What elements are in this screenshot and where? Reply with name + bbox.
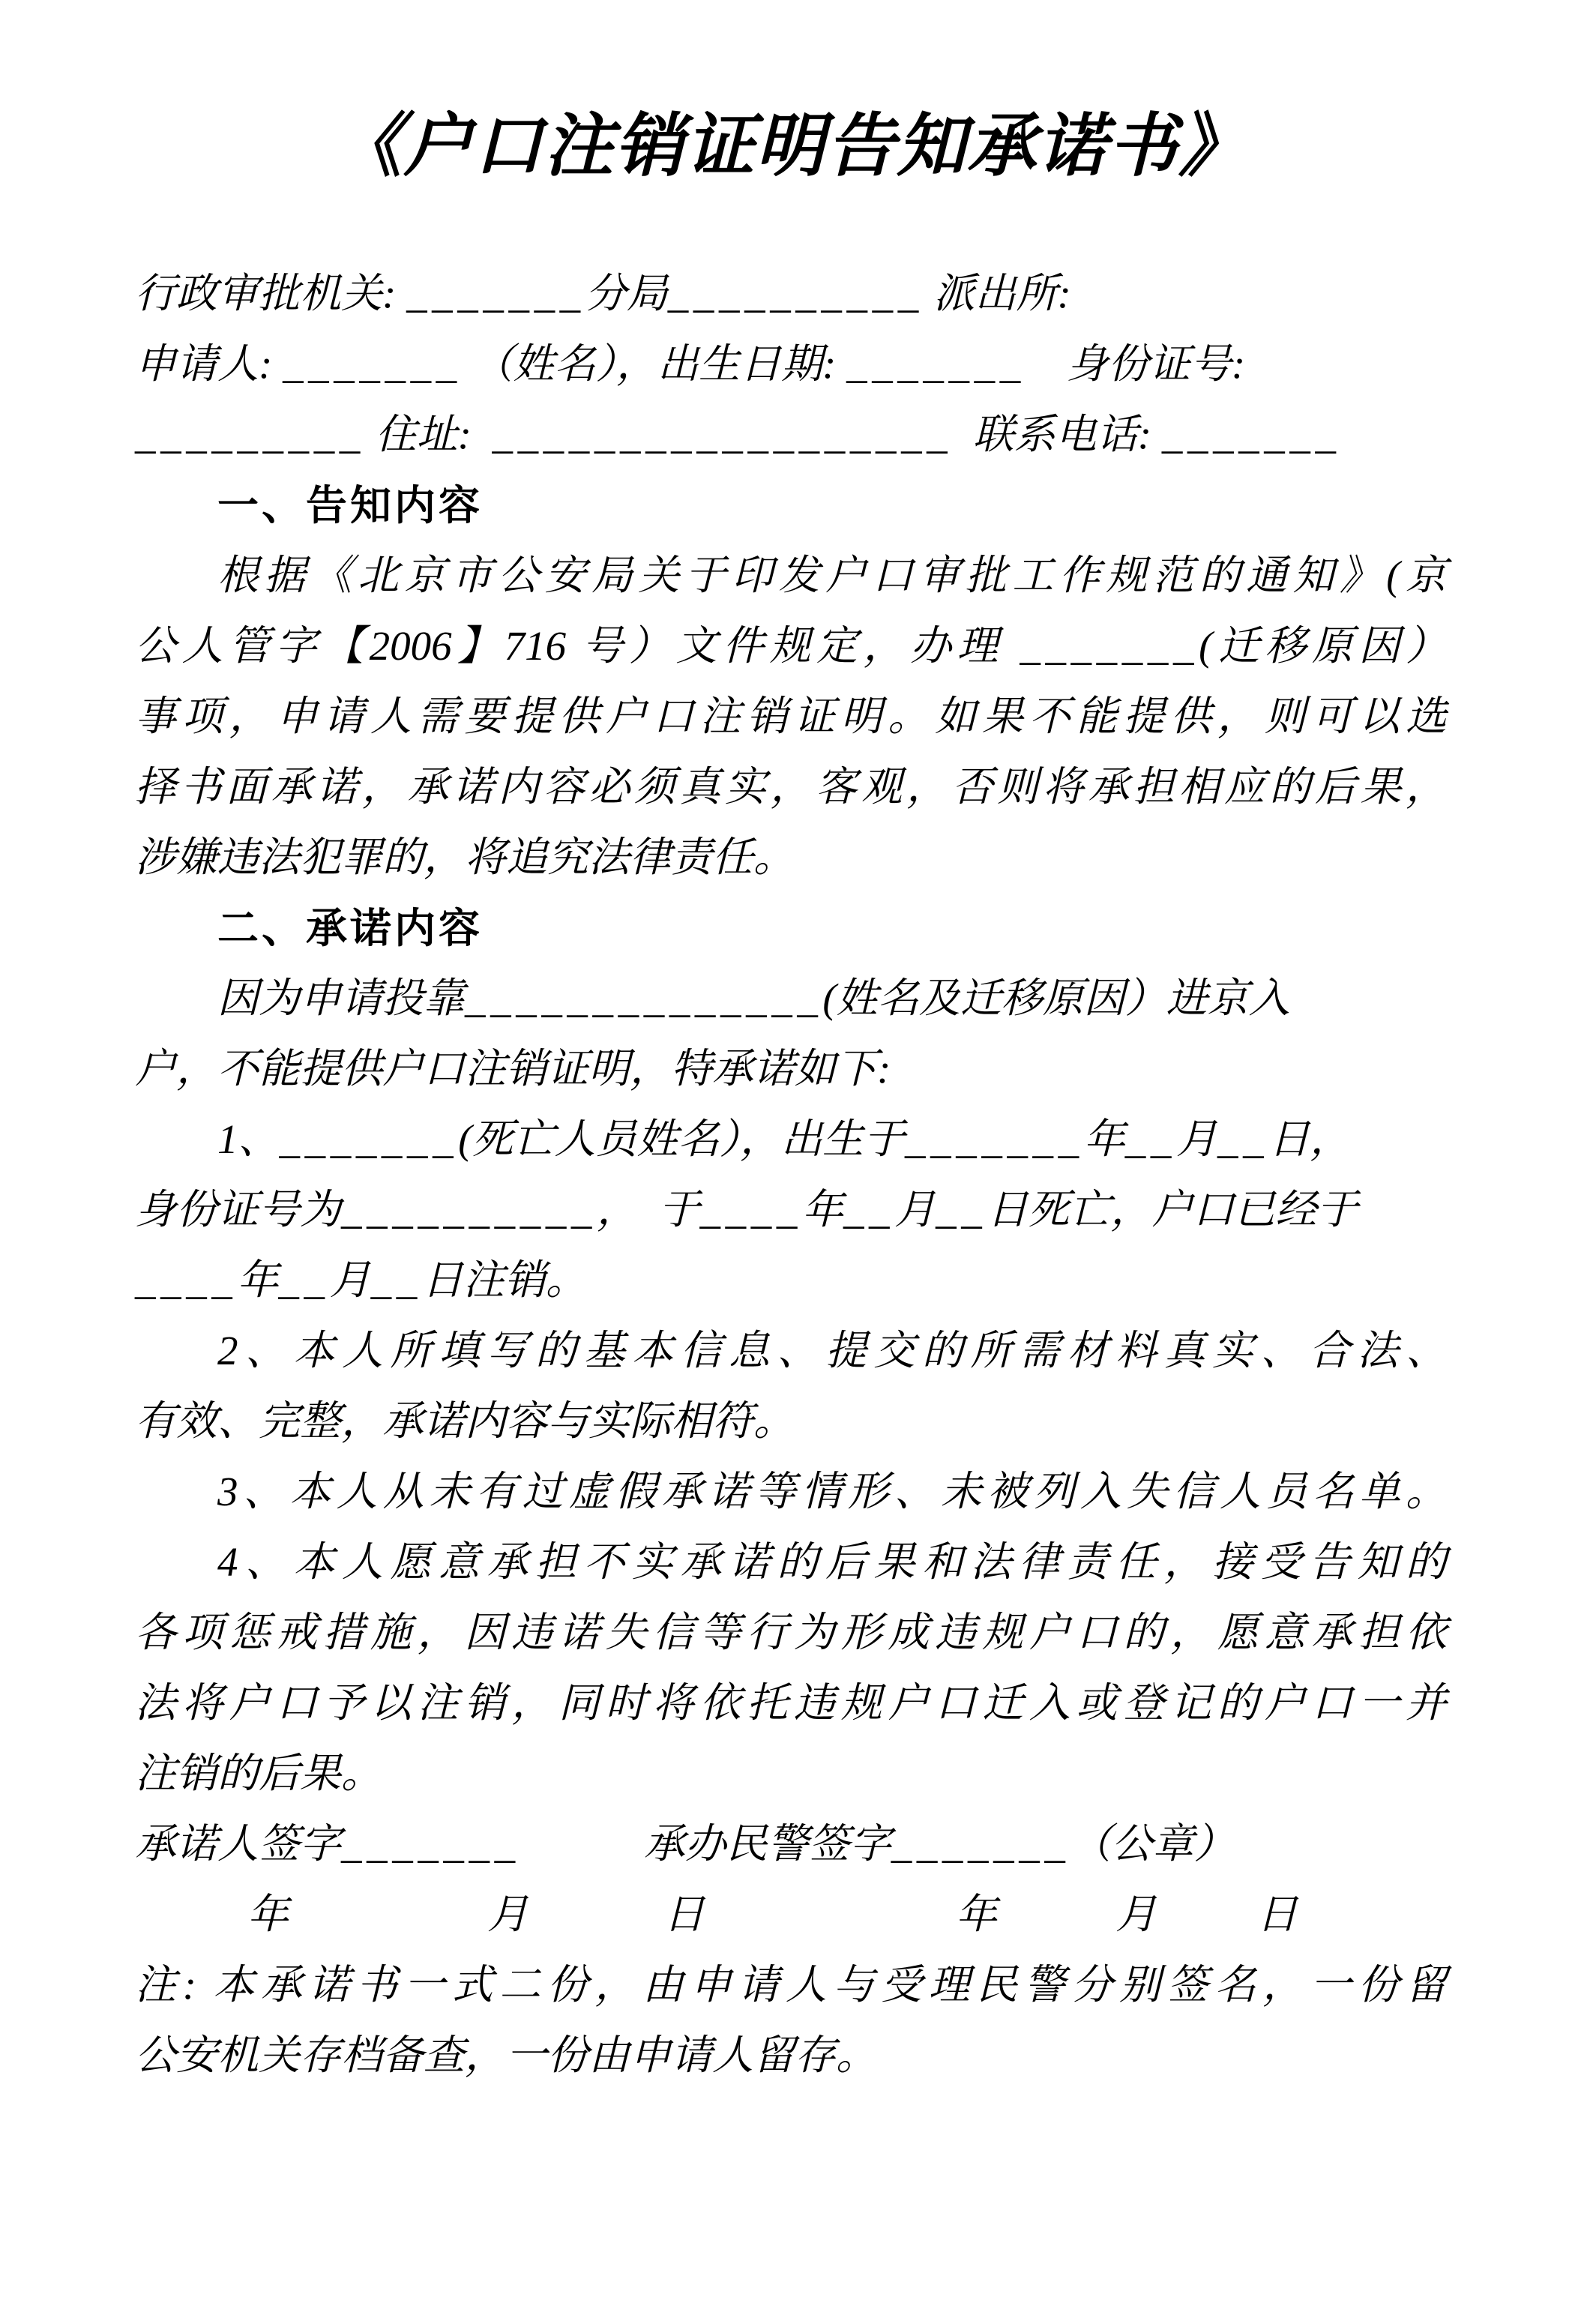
item-1-line-2: 身份证号为__________， 于____年__月__日死亡，户口已经于 (135, 1175, 1447, 1245)
document-title: 《户口注销证明告知承诺书》 (135, 97, 1447, 195)
blank-field: ____ (135, 1257, 237, 1303)
text-run: 注销的后果。 (135, 1750, 382, 1796)
blank-field: __ (1125, 1116, 1176, 1162)
text-run: 月 (894, 1187, 936, 1232)
para-notice-line-1: 根据《北京市公安局关于印发户口审批工作规范的通知》(京 (135, 541, 1447, 611)
text-run: 年 (802, 1187, 843, 1232)
text-run: 因为申请投靠 (217, 975, 465, 1021)
blank-field: ____ (700, 1187, 802, 1232)
blank-field: _______ (891, 1821, 1070, 1867)
text-run: 公人管字【2006】716 号）文件规定，办理 (135, 623, 1020, 669)
blank-field: _______ (1020, 623, 1199, 669)
text-run: 联系电话: (952, 412, 1162, 457)
blank-field: _________ (135, 412, 365, 457)
para-commitment-intro-line-1: 因为申请投靠______________(姓名及迁移原因）进京入 (135, 963, 1447, 1034)
blank-field: __ (843, 1187, 894, 1232)
heading-notice-content: 一、告知内容 (135, 470, 1447, 541)
text-run: 身份证号: (1026, 341, 1245, 387)
para-commitment-intro-line-2: 户，不能提供户口注销证明，特承诺如下: (135, 1034, 1447, 1104)
item-1-line-3: ____年__月__日注销。 (135, 1245, 1447, 1316)
text-run: （姓名），出生日期: (462, 341, 846, 387)
item-2-line-2: 有效、完整，承诺内容与实际相符。 (135, 1386, 1447, 1457)
text-run: (迁移原因） (1199, 623, 1447, 669)
blank-field: __ (278, 1257, 329, 1303)
text-run: 月 (1176, 1116, 1217, 1162)
text-run: 月 (330, 1257, 371, 1303)
text-run: ， 于 (597, 1187, 700, 1232)
text-run: 身份证号为 (135, 1187, 341, 1232)
blank-field: _______ (905, 1116, 1084, 1162)
text-run: 年 (956, 1891, 997, 1937)
text-run: 年 (237, 1257, 278, 1303)
gap-spacer (289, 1927, 487, 1928)
text-run: 二、承诺内容 (217, 905, 483, 951)
text-run: 涉嫌违法犯罪的，将追究法律责任。 (135, 834, 795, 880)
text-run: 日 (1256, 1891, 1298, 1937)
blank-field: __ (1217, 1116, 1268, 1162)
text-run: 申请人: (135, 341, 283, 387)
blank-field: __________ (668, 271, 924, 316)
text-run: 日死亡，户口已经于 (987, 1187, 1358, 1232)
blank-field: __________________ (492, 412, 952, 457)
item-1-line-1: 1、_______(死亡人员姓名），出生于_______年__月__日， (135, 1104, 1447, 1175)
item-4-line-2: 各项惩戒措施，因违诺失信等行为形成违规户口的，愿意承担依 (135, 1598, 1447, 1668)
blank-field: _______ (406, 271, 585, 316)
note-line-2: 公安机关存档备查，一份由申请人留存。 (135, 2020, 1447, 2091)
text-run: 年 (1084, 1116, 1125, 1162)
item-4-line-1: 4、本人愿意承担不实承诺的后果和法律责任，接受告知的 (135, 1527, 1447, 1598)
text-run: 行政审批机关: (135, 271, 406, 316)
text-run: 法将户口予以注销，同时将依托违规户口迁入或登记的户口一并 (135, 1680, 1447, 1726)
text-run: 月 (487, 1891, 528, 1937)
text-run: 择书面承诺，承诺内容必须真实，客观，否则将承担相应的后果， (135, 764, 1447, 810)
gap-spacer (528, 1927, 663, 1928)
item-2-line-1: 2、本人所填写的基本信息、提交的所需材料真实、合法、 (135, 1316, 1447, 1386)
gap-spacer (520, 1857, 644, 1858)
document-page: 《户口注销证明告知承诺书》 行政审批机关: _______分局_________… (0, 0, 1581, 2324)
line-dates: 年月日年月日 (135, 1879, 1447, 1950)
line-address-contact: _________ 住址: __________________ 联系电话: _… (135, 400, 1447, 470)
text-run: 有效、完整，承诺内容与实际相符。 (135, 1398, 795, 1444)
line-approval-authority: 行政审批机关: _______分局__________ 派出所: (135, 259, 1447, 329)
text-run: 1、 (217, 1116, 280, 1162)
text-run: 日 (663, 1891, 705, 1937)
text-run: 户，不能提供户口注销证明，特承诺如下: (135, 1046, 891, 1092)
gap-spacer (705, 1927, 956, 1928)
text-run: 日注销。 (422, 1257, 587, 1303)
text-run: 一、告知内容 (217, 482, 483, 529)
text-run: 事项，申请人需要提供户口注销证明。如果不能提供，则可以选 (135, 693, 1447, 739)
text-run: 2、本人所填写的基本信息、提交的所需材料真实、合法、 (217, 1328, 1447, 1373)
para-notice-line-2: 公人管字【2006】716 号）文件规定，办理 _______(迁移原因） (135, 611, 1447, 681)
blank-field: _______ (280, 1116, 459, 1162)
item-3-line-1: 3、本人从未有过虚假承诺等情形、未被列入失信人员名单。 (135, 1457, 1447, 1527)
text-run: 4、本人愿意承担不实承诺的后果和法律责任，接受告知的 (217, 1539, 1447, 1585)
text-run: 分局 (585, 271, 668, 316)
text-run: 根据《北京市公安局关于印发户口审批工作规范的通知》(京 (217, 553, 1447, 598)
text-run: 注: 本承诺书一式二份，由申请人与受理民警分别签名，一份留 (135, 1962, 1447, 2008)
blank-field: _______ (341, 1821, 520, 1867)
gap-spacer (1157, 1927, 1256, 1928)
text-run: 各项惩戒措施，因违诺失信等行为形成违规户口的，愿意承担依 (135, 1610, 1447, 1655)
text-run: （公章） (1070, 1821, 1235, 1867)
blank-field: _______ (846, 341, 1026, 387)
text-run: 承诺人签字 (135, 1821, 341, 1867)
text-run: 承办民警签字 (644, 1821, 891, 1867)
blank-field: __ (371, 1257, 422, 1303)
text-run: 派出所: (924, 271, 1071, 316)
text-run: (死亡人员姓名），出生于 (458, 1116, 905, 1162)
text-run: 公安机关存档备查，一份由申请人留存。 (135, 2032, 877, 2078)
line-signatures: 承诺人签字_______承办民警签字_______（公章） (135, 1809, 1447, 1879)
blank-field: ______________ (465, 975, 822, 1021)
text-run: 3、本人从未有过虚假承诺等情形、未被列入失信人员名单。 (217, 1469, 1447, 1514)
heading-commitment-content: 二、承诺内容 (135, 893, 1447, 963)
para-notice-line-3: 事项，申请人需要提供户口注销证明。如果不能提供，则可以选 (135, 681, 1447, 752)
blank-field: __________ (341, 1187, 597, 1232)
text-run: 月 (1115, 1891, 1157, 1937)
blank-field: _______ (283, 341, 462, 387)
item-4-line-3: 法将户口予以注销，同时将依托违规户口迁入或登记的户口一并 (135, 1668, 1447, 1739)
text-run: (姓名及迁移原因）进京入 (822, 975, 1289, 1021)
text-run: 住址: (365, 412, 493, 457)
item-4-line-4: 注销的后果。 (135, 1739, 1447, 1809)
note-line-1: 注: 本承诺书一式二份，由申请人与受理民警分别签名，一份留 (135, 1950, 1447, 2020)
para-notice-line-5: 涉嫌违法犯罪的，将追究法律责任。 (135, 822, 1447, 893)
line-applicant-info: 申请人: _______ （姓名），出生日期: _______ 身份证号: (135, 329, 1447, 400)
blank-field: __ (936, 1187, 987, 1232)
text-run: 日， (1268, 1116, 1351, 1162)
blank-field: _______ (1162, 412, 1341, 457)
text-run: 年 (247, 1891, 289, 1937)
gap-spacer (997, 1927, 1115, 1928)
para-notice-line-4: 择书面承诺，承诺内容必须真实，客观，否则将承担相应的后果， (135, 752, 1447, 822)
